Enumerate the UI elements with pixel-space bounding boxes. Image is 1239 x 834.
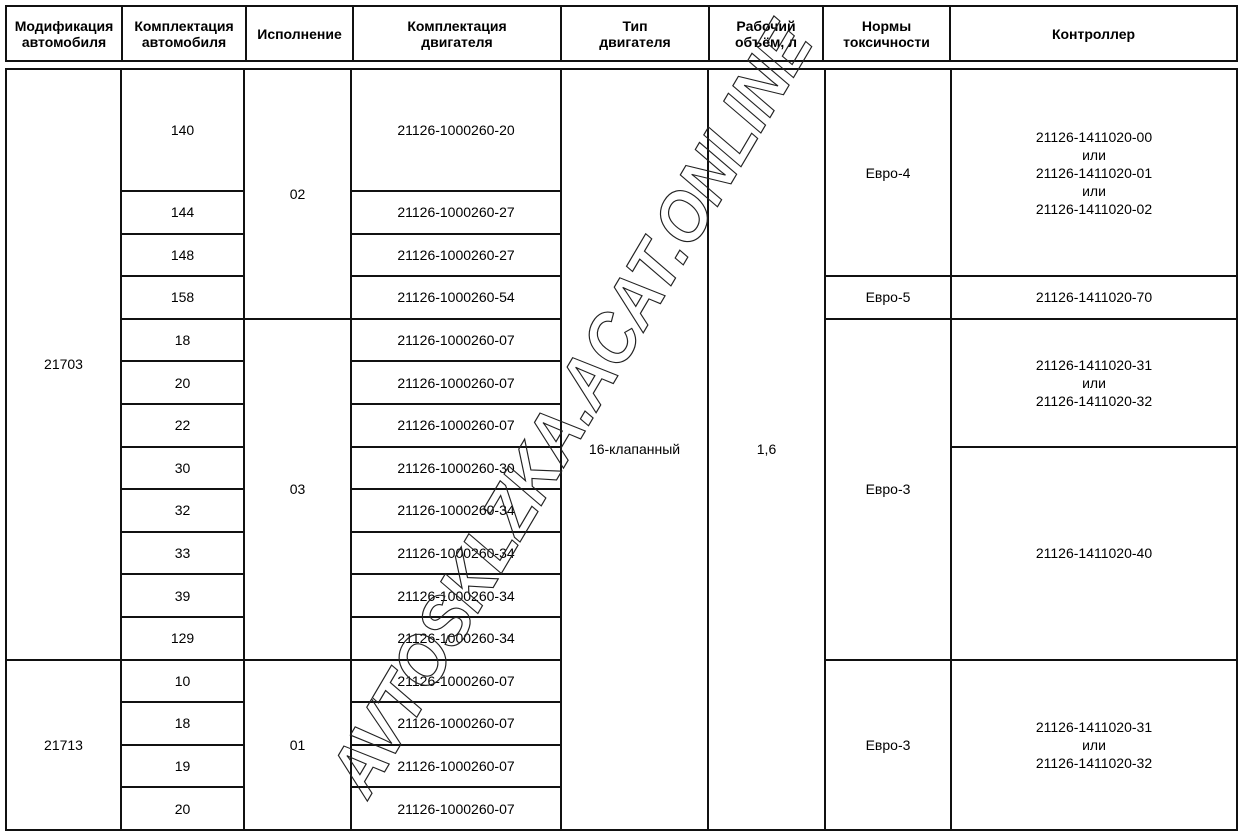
table-body: 21703 140 02 21126-1000260-20 16-клапанн…	[5, 68, 1238, 831]
engine-cell: 21126-1000260-07	[351, 787, 561, 830]
trim-cell: 140	[121, 69, 244, 191]
engine-cell: 21126-1000260-30	[351, 447, 561, 490]
emissions-cell: Евро-3	[825, 660, 951, 830]
table-header: Модификацияавтомобиля Комплектацияавтомо…	[5, 5, 1238, 62]
trim-cell: 129	[121, 617, 244, 660]
engine-cell: 21126-1000260-27	[351, 191, 561, 234]
table-row: 21703 140 02 21126-1000260-20 16-клапанн…	[6, 69, 1237, 191]
engine-cell: 21126-1000260-07	[351, 404, 561, 447]
engine-cell: 21126-1000260-34	[351, 489, 561, 532]
header-modification: Модификацияавтомобиля	[6, 6, 122, 61]
trim-cell: 30	[121, 447, 244, 490]
trim-cell: 22	[121, 404, 244, 447]
emissions-cell: Евро-5	[825, 276, 951, 319]
header-emissions: Нормытоксичности	[823, 6, 950, 61]
trim-cell: 20	[121, 361, 244, 404]
header-controller: Контроллер	[950, 6, 1237, 61]
engine-cell: 21126-1000260-34	[351, 574, 561, 617]
controller-cell: 21126-1411020-31или21126-1411020-32	[951, 319, 1237, 447]
trim-cell: 158	[121, 276, 244, 319]
trim-cell: 19	[121, 745, 244, 788]
trim-cell: 10	[121, 660, 244, 703]
trim-cell: 20	[121, 787, 244, 830]
engine-cell: 21126-1000260-07	[351, 361, 561, 404]
controller-cell: 21126-1411020-00или21126-1411020-01или21…	[951, 69, 1237, 276]
controller-cell: 21126-1411020-70	[951, 276, 1237, 319]
trim-cell: 18	[121, 319, 244, 362]
header-displacement: Рабочийобъём, л	[709, 6, 823, 61]
header-engine-type: Типдвигателя	[561, 6, 709, 61]
variant-cell: 01	[244, 660, 351, 830]
modification-cell: 21703	[6, 69, 121, 660]
emissions-cell: Евро-3	[825, 319, 951, 660]
emissions-cell: Евро-4	[825, 69, 951, 276]
engine-cell: 21126-1000260-34	[351, 532, 561, 575]
header-vehicle-trim: Комплектацияавтомобиля	[122, 6, 246, 61]
header-variant: Исполнение	[246, 6, 353, 61]
engine-cell: 21126-1000260-27	[351, 234, 561, 277]
variant-cell: 02	[244, 69, 351, 319]
engine-cell: 21126-1000260-34	[351, 617, 561, 660]
trim-cell: 148	[121, 234, 244, 277]
engine-cell: 21126-1000260-07	[351, 660, 561, 703]
engine-cell: 21126-1000260-54	[351, 276, 561, 319]
trim-cell: 144	[121, 191, 244, 234]
engine-cell: 21126-1000260-07	[351, 319, 561, 362]
controller-cell: 21126-1411020-31или21126-1411020-32	[951, 660, 1237, 830]
variant-cell: 03	[244, 319, 351, 660]
header-engine-trim: Комплектациядвигателя	[353, 6, 561, 61]
engine-type-cell: 16-клапанный	[561, 69, 708, 830]
trim-cell: 33	[121, 532, 244, 575]
displacement-cell: 1,6	[708, 69, 825, 830]
modification-cell: 21713	[6, 660, 121, 830]
engine-cell: 21126-1000260-07	[351, 745, 561, 788]
trim-cell: 18	[121, 702, 244, 745]
engine-cell: 21126-1000260-20	[351, 69, 561, 191]
trim-cell: 39	[121, 574, 244, 617]
engine-cell: 21126-1000260-07	[351, 702, 561, 745]
trim-cell: 32	[121, 489, 244, 532]
controller-cell: 21126-1411020-40	[951, 447, 1237, 660]
